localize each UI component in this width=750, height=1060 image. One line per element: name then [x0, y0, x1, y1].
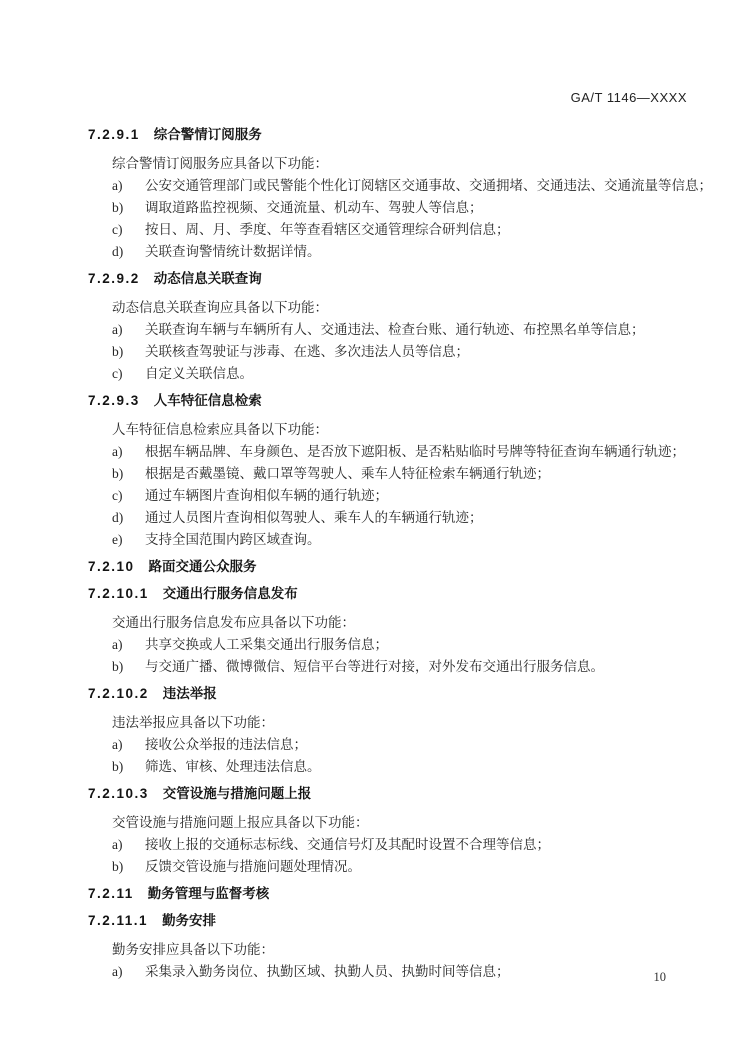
section-heading: 7.2.10.1交通出行服务信息发布	[88, 583, 688, 605]
list-item: b)关联核查驾驶证与涉毒、在逃、多次违法人员等信息；	[88, 341, 688, 363]
list-item: a)关联查询车辆与车辆所有人、交通违法、检查台账、通行轨迹、布控黑名单等信息；	[88, 319, 688, 341]
document-page: GA/T 1146—XXXX 7.2.9.1综合警情订阅服务 综合警情订阅服务应…	[0, 0, 750, 1060]
item-text: 通过人员图片查询相似驾驶人、乘车人的车辆通行轨迹；	[145, 510, 483, 525]
section-number: 7.2.9.2	[88, 271, 140, 286]
section-heading: 7.2.9.2动态信息关联查询	[88, 268, 688, 290]
item-label: d)	[112, 507, 145, 529]
item-list: a)接收公众举报的违法信息； b)筛选、审核、处理违法信息。	[88, 734, 688, 778]
item-text: 关联查询车辆与车辆所有人、交通违法、检查台账、通行轨迹、布控黑名单等信息；	[145, 322, 645, 337]
section-number: 7.2.10.3	[88, 786, 149, 801]
item-label: a)	[112, 961, 145, 983]
item-label: a)	[112, 441, 145, 463]
item-label: c)	[112, 219, 145, 241]
item-label: a)	[112, 319, 145, 341]
section-title: 勤务安排	[162, 913, 216, 928]
item-list: a)采集录入勤务岗位、执勤区域、执勤人员、执勤时间等信息；	[88, 961, 688, 983]
document-section: 7.2.11.1勤务安排 勤务安排应具备以下功能： a)采集录入勤务岗位、执勤区…	[88, 910, 688, 983]
item-label: b)	[112, 656, 145, 678]
list-item: d)通过人员图片查询相似驾驶人、乘车人的车辆通行轨迹；	[88, 507, 688, 529]
section-number: 7.2.11	[88, 886, 134, 901]
item-text: 自定义关联信息。	[145, 366, 253, 381]
item-label: c)	[112, 363, 145, 385]
item-text: 公安交通管理部门或民警能个性化订阅辖区交通事故、交通拥堵、交通违法、交通流量等信…	[145, 178, 712, 193]
section-number: 7.2.10.2	[88, 686, 149, 701]
item-text: 按日、周、月、季度、年等查看辖区交通管理综合研判信息；	[145, 222, 510, 237]
list-item: a)采集录入勤务岗位、执勤区域、执勤人员、执勤时间等信息；	[88, 961, 688, 983]
section-heading: 7.2.9.3人车特征信息检索	[88, 390, 688, 412]
item-label: a)	[112, 834, 145, 856]
list-item: a)接收上报的交通标志标线、交通信号灯及其配时设置不合理等信息；	[88, 834, 688, 856]
item-label: b)	[112, 856, 145, 878]
section-number: 7.2.10	[88, 559, 135, 574]
document-body: 7.2.9.1综合警情订阅服务 综合警情订阅服务应具备以下功能： a)公安交通管…	[88, 119, 688, 983]
list-item: a)根据车辆品牌、车身颜色、是否放下遮阳板、是否粘贴临时号牌等特征查询车辆通行轨…	[88, 441, 688, 463]
list-item: d)关联查询警情统计数据详情。	[88, 241, 688, 263]
section-intro: 交通出行服务信息发布应具备以下功能：	[88, 612, 688, 634]
item-list: a)根据车辆品牌、车身颜色、是否放下遮阳板、是否粘贴临时号牌等特征查询车辆通行轨…	[88, 441, 688, 551]
list-item: b)反馈交管设施与措施问题处理情况。	[88, 856, 688, 878]
list-item: b)根据是否戴墨镜、戴口罩等驾驶人、乘车人特征检索车辆通行轨迹；	[88, 463, 688, 485]
list-item: a)公安交通管理部门或民警能个性化订阅辖区交通事故、交通拥堵、交通违法、交通流量…	[88, 175, 688, 197]
section-number: 7.2.9.1	[88, 127, 140, 142]
item-label: d)	[112, 241, 145, 263]
section-intro: 勤务安排应具备以下功能：	[88, 939, 688, 961]
section-title: 综合警情订阅服务	[154, 127, 262, 142]
item-list: a)关联查询车辆与车辆所有人、交通违法、检查台账、通行轨迹、布控黑名单等信息； …	[88, 319, 688, 385]
item-list: a)共享交换或人工采集交通出行服务信息； b)与交通广播、微博微信、短信平台等进…	[88, 634, 688, 678]
section-number: 7.2.11.1	[88, 913, 148, 928]
item-label: c)	[112, 485, 145, 507]
item-label: b)	[112, 463, 145, 485]
item-label: e)	[112, 529, 145, 551]
document-section: 7.2.9.1综合警情订阅服务 综合警情订阅服务应具备以下功能： a)公安交通管…	[88, 124, 688, 263]
section-heading: 7.2.9.1综合警情订阅服务	[88, 124, 688, 146]
document-section: 7.2.9.3人车特征信息检索 人车特征信息检索应具备以下功能： a)根据车辆品…	[88, 390, 688, 551]
item-text: 共享交换或人工采集交通出行服务信息；	[145, 637, 388, 652]
item-list: a)接收上报的交通标志标线、交通信号灯及其配时设置不合理等信息； b)反馈交管设…	[88, 834, 688, 878]
section-number: 7.2.10.1	[88, 586, 149, 601]
section-title: 交通出行服务信息发布	[163, 586, 298, 601]
item-text: 采集录入勤务岗位、执勤区域、执勤人员、执勤时间等信息；	[145, 964, 510, 979]
item-label: a)	[112, 175, 145, 197]
section-title: 违法举报	[163, 686, 217, 701]
item-text: 根据是否戴墨镜、戴口罩等驾驶人、乘车人特征检索车辆通行轨迹；	[145, 466, 550, 481]
list-item: a)接收公众举报的违法信息；	[88, 734, 688, 756]
item-text: 接收公众举报的违法信息；	[145, 737, 307, 752]
section-intro: 交管设施与措施问题上报应具备以下功能：	[88, 812, 688, 834]
document-section: 7.2.10.3交管设施与措施问题上报 交管设施与措施问题上报应具备以下功能： …	[88, 783, 688, 878]
item-label: b)	[112, 197, 145, 219]
section-title: 勤务管理与监督考核	[148, 886, 270, 901]
section-intro: 违法举报应具备以下功能：	[88, 712, 688, 734]
section-heading: 7.2.10.3交管设施与措施问题上报	[88, 783, 688, 805]
list-item: c)自定义关联信息。	[88, 363, 688, 385]
section-title: 人车特征信息检索	[154, 393, 262, 408]
section-title: 路面交通公众服务	[149, 559, 257, 574]
document-section: 7.2.11勤务管理与监督考核	[88, 883, 688, 905]
item-text: 反馈交管设施与措施问题处理情况。	[145, 859, 361, 874]
section-heading: 7.2.11勤务管理与监督考核	[88, 883, 688, 905]
item-text: 筛选、审核、处理违法信息。	[145, 759, 321, 774]
item-list: a)公安交通管理部门或民警能个性化订阅辖区交通事故、交通拥堵、交通违法、交通流量…	[88, 175, 688, 263]
page-number: 10	[654, 970, 667, 985]
item-text: 关联查询警情统计数据详情。	[145, 244, 321, 259]
list-item: a)共享交换或人工采集交通出行服务信息；	[88, 634, 688, 656]
item-text: 关联核查驾驶证与涉毒、在逃、多次违法人员等信息；	[145, 344, 469, 359]
section-heading: 7.2.10.2违法举报	[88, 683, 688, 705]
item-text: 接收上报的交通标志标线、交通信号灯及其配时设置不合理等信息；	[145, 837, 550, 852]
document-code-header: GA/T 1146—XXXX	[571, 90, 687, 105]
item-text: 通过车辆图片查询相似车辆的通行轨迹；	[145, 488, 388, 503]
item-label: a)	[112, 634, 145, 656]
section-heading: 7.2.11.1勤务安排	[88, 910, 688, 932]
section-intro: 人车特征信息检索应具备以下功能：	[88, 419, 688, 441]
list-item: b)调取道路监控视频、交通流量、机动车、驾驶人等信息；	[88, 197, 688, 219]
document-section: 7.2.10.2违法举报 违法举报应具备以下功能： a)接收公众举报的违法信息；…	[88, 683, 688, 778]
list-item: c)通过车辆图片查询相似车辆的通行轨迹；	[88, 485, 688, 507]
item-text: 支持全国范围内跨区域查询。	[145, 532, 321, 547]
list-item: b)与交通广播、微博微信、短信平台等进行对接，对外发布交通出行服务信息。	[88, 656, 688, 678]
item-text: 根据车辆品牌、车身颜色、是否放下遮阳板、是否粘贴临时号牌等特征查询车辆通行轨迹；	[145, 444, 685, 459]
document-section: 7.2.9.2动态信息关联查询 动态信息关联查询应具备以下功能： a)关联查询车…	[88, 268, 688, 385]
document-section: 7.2.10路面交通公众服务	[88, 556, 688, 578]
section-number: 7.2.9.3	[88, 393, 140, 408]
section-intro: 综合警情订阅服务应具备以下功能：	[88, 153, 688, 175]
section-title: 交管设施与措施问题上报	[163, 786, 312, 801]
item-label: b)	[112, 756, 145, 778]
list-item: c)按日、周、月、季度、年等查看辖区交通管理综合研判信息；	[88, 219, 688, 241]
section-heading: 7.2.10路面交通公众服务	[88, 556, 688, 578]
section-intro: 动态信息关联查询应具备以下功能：	[88, 297, 688, 319]
document-section: 7.2.10.1交通出行服务信息发布 交通出行服务信息发布应具备以下功能： a)…	[88, 583, 688, 678]
item-label: b)	[112, 341, 145, 363]
section-title: 动态信息关联查询	[154, 271, 262, 286]
item-text: 调取道路监控视频、交通流量、机动车、驾驶人等信息；	[145, 200, 483, 215]
item-label: a)	[112, 734, 145, 756]
list-item: e)支持全国范围内跨区域查询。	[88, 529, 688, 551]
item-text: 与交通广播、微博微信、短信平台等进行对接，对外发布交通出行服务信息。	[145, 659, 604, 674]
list-item: b)筛选、审核、处理违法信息。	[88, 756, 688, 778]
